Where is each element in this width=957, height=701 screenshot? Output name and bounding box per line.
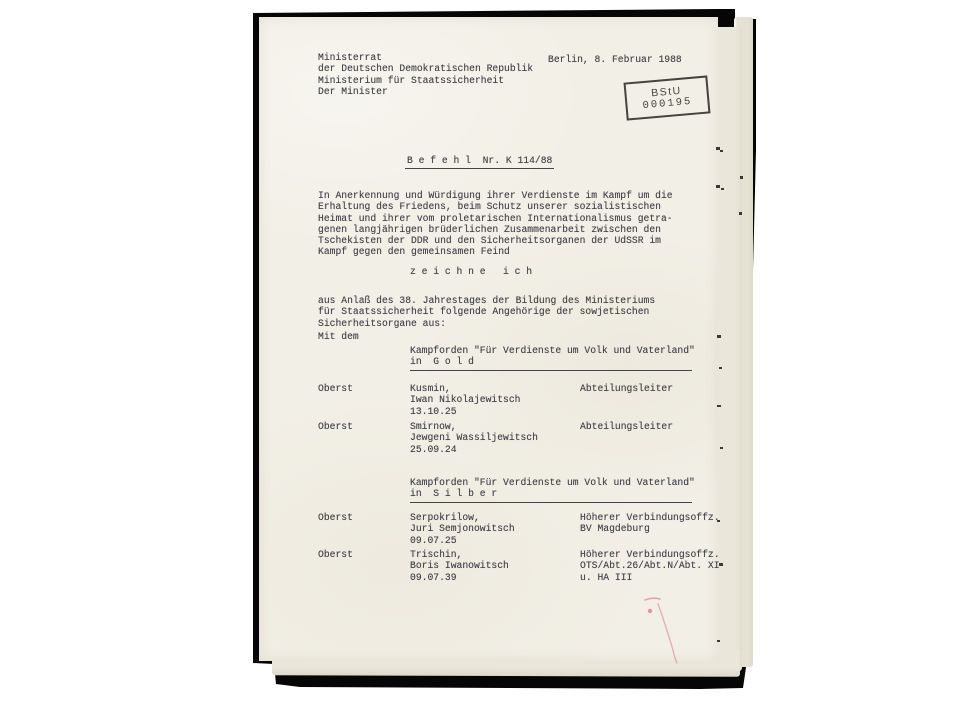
- recipient-position: Höherer Verbindungsoffz. OTS/Abt.26/Abt.…: [580, 549, 720, 583]
- award-name: Kampforden "Für Verdienste um Volk und V…: [410, 345, 695, 356]
- award-section-silver: Kampforden "Für Verdienste um Volk und V…: [410, 477, 695, 503]
- recipient-position: Abteilungsleiter: [580, 421, 673, 432]
- recipient-name: Trischin, Boris Iwanowitsch 09.07.39: [410, 549, 509, 583]
- dateline: Berlin, 8. Februar 1988: [548, 54, 682, 65]
- award-grade: in S i l b e r: [410, 488, 692, 502]
- recipient-name: Serpokrilow, Juri Semjonowitsch 09.07.25: [410, 512, 515, 546]
- recipient-rank: Oberst: [318, 383, 353, 394]
- recipient-rank: Oberst: [318, 512, 353, 523]
- recipient-name: Smirnow, Jewgeni Wassiljewitsch 25.09.24: [410, 421, 538, 455]
- recipient-position: Abteilungsleiter: [580, 383, 673, 394]
- award-grade: in G o l d: [410, 356, 692, 370]
- recipient-name: Kusmin, Iwan Nikolajewitsch 13.10.25: [410, 383, 520, 417]
- recipient-position: Höherer Verbindungsoffz. BV Magdeburg: [580, 512, 720, 535]
- with-the-label: Mit dem: [318, 331, 359, 342]
- award-section-gold: Kampforden "Für Verdienste um Volk und V…: [410, 345, 695, 371]
- award-name: Kampforden "Für Verdienste um Volk und V…: [410, 477, 695, 488]
- sender-address: Ministerrat der Deutschen Demokratischen…: [318, 52, 533, 97]
- recipient-rank: Oberst: [318, 549, 353, 560]
- occasion-paragraph: aus Anlaß des 38. Jahrestages der Bildun…: [318, 295, 655, 329]
- registry-stamp: BStU 000195: [624, 75, 711, 120]
- main-page: Ministerrat der Deutschen Demokratischen…: [259, 17, 718, 661]
- recipient-rank: Oberst: [318, 421, 353, 432]
- order-title: B e f e h l Nr. K 114/88: [405, 155, 554, 169]
- decree-phrase: z e i c h n e i c h: [410, 266, 532, 277]
- stamp-serial-number: 000195: [642, 95, 693, 111]
- intro-paragraph: In Anerkennung und Würdigung ihrer Verdi…: [318, 190, 673, 258]
- document-scan: Ministerrat der Deutschen Demokratischen…: [0, 0, 957, 701]
